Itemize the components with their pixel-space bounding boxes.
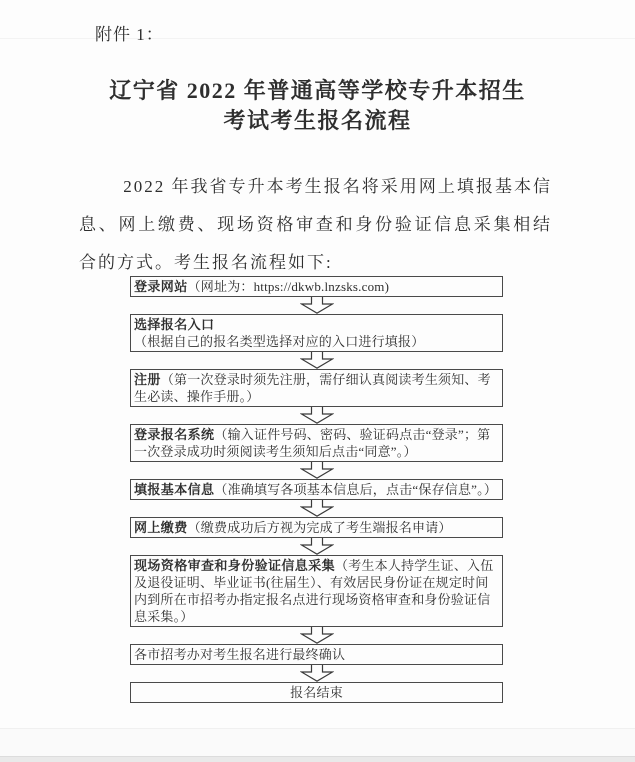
flow-step-9-text: 报名结束 [290,685,343,700]
page-title-line2: 考试考生报名流程 [223,108,411,133]
flow-step-7-box: 现场资格审查和身份验证信息采集（考生本人持学生证、入伍及退役证明、毕业证书(往届… [130,555,503,627]
flowchart: 登录网站（网址为：https://dkwb.lnzsks.com)选择报名入口（… [130,276,503,703]
flow-step-1-label: 登录网站 [134,279,188,294]
flow-step-4-box: 登录报名系统（输入证件号码、密码、验证码点击“登录”；第一次登录成功时须阅读考生… [130,424,503,462]
scanned-document: { "document": { "attachment_label": "附件 … [0,0,635,762]
down-arrow-icon [130,500,503,517]
down-arrow-icon [130,297,503,314]
flow-step-5-label: 填报基本信息 [134,482,214,497]
flow-step-1-box: 登录网站（网址为：https://dkwb.lnzsks.com) [130,276,503,297]
attachment-label: 附件 1： [95,20,164,45]
flow-step-5-box: 填报基本信息（准确填写各项基本信息后，点击“保存信息”。） [130,479,503,500]
flow-step-2-label: 选择报名入口 [134,317,214,332]
hollow-down-arrow-glyph [300,500,334,517]
down-arrow-icon [130,538,503,555]
hollow-down-arrow-glyph [300,627,334,644]
flow-step-8-box: 各市招考办对考生报名进行最终确认 [130,644,503,665]
page-bottom-margin [0,728,635,756]
flow-step-2-box: 选择报名入口（根据自己的报名类型选择对应的入口进行填报） [130,314,503,352]
flow-step-6-label: 网上缴费 [134,520,188,535]
page-title: 辽宁省 2022 年普通高等学校专升本招生 考试考生报名流程 [0,76,635,136]
hollow-down-arrow-glyph [300,297,334,314]
flow-step-6-box: 网上缴费（缴费成功后方视为完成了考生端报名申请） [130,517,503,538]
flow-step-3-label: 注册 [134,372,161,387]
hollow-down-arrow-glyph [300,538,334,555]
flow-step-9-box: 报名结束 [130,682,503,703]
flow-step-8-text: 各市招考办对考生报名进行最终确认 [134,647,345,662]
flow-step-4-label: 登录报名系统 [134,427,214,442]
flow-step-1-text: （网址为：https://dkwb.lnzsks.com) [188,279,390,294]
flow-step-3-text: （第一次登录时须先注册，需仔细认真阅读考生须知、考生必读、操作手册。） [134,372,491,404]
down-arrow-icon [130,407,503,424]
flow-step-2-text: （根据自己的报名类型选择对应的入口进行填报） [134,334,424,349]
down-arrow-icon [130,352,503,369]
flow-step-3-box: 注册（第一次登录时须先注册，需仔细认真阅读考生须知、考生必读、操作手册。） [130,369,503,407]
down-arrow-icon [130,462,503,479]
page-title-line1: 辽宁省 2022 年普通高等学校专升本招生 [109,78,526,103]
document-page: 附件 1： 辽宁省 2022 年普通高等学校专升本招生 考试考生报名流程 202… [0,0,635,728]
hollow-down-arrow-glyph [300,407,334,424]
flow-step-7-label: 现场资格审查和身份验证信息采集 [134,558,335,573]
hollow-down-arrow-glyph [300,352,334,369]
hollow-down-arrow-glyph [300,462,334,479]
flow-step-5-text: （准确填写各项基本信息后，点击“保存信息”。） [214,482,497,497]
screenshot-bottom-strip [0,756,635,762]
down-arrow-icon [130,627,503,644]
flow-step-6-text: （缴费成功后方视为完成了考生端报名申请） [188,520,452,535]
hollow-down-arrow-glyph [300,665,334,682]
intro-paragraph: 2022 年我省专升本考生报名将采用网上填报基本信息、网上缴费、现场资格审查和身… [79,168,552,282]
down-arrow-icon [130,665,503,682]
